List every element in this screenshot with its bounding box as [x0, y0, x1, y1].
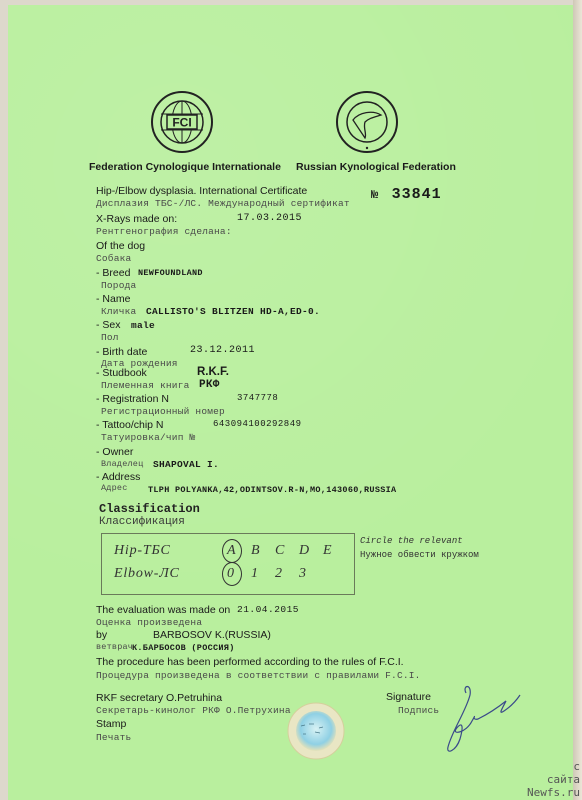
classification-title-en: Classification — [99, 502, 200, 516]
sex-label-en: - Sex — [96, 319, 121, 331]
sex-value: male — [131, 320, 155, 331]
stamp-label-ru: Печать — [96, 732, 131, 743]
sex-label-ru: Пол — [101, 332, 119, 343]
registration-value: 3747778 — [237, 393, 278, 403]
registration-label-ru: Регистрационный номер — [101, 406, 225, 417]
secretary-ru: Секретарь-кинолог РКФ О.Петрухина — [96, 705, 291, 716]
certificate-title-ru: Дисплазия ТБС-/ЛС. Международный сертифи… — [96, 198, 350, 209]
watermark-line-3: Newfs.ru — [527, 786, 580, 799]
by-label-en: by — [96, 629, 107, 641]
xrays-label-ru: Рентгенография сделана: — [96, 226, 232, 237]
address-label-ru: Адрес — [101, 483, 128, 493]
dog-label-ru: Собака — [96, 253, 131, 264]
owner-label-en: - Owner — [96, 446, 133, 458]
grade-C: C — [275, 543, 284, 559]
breed-value: NEWFOUNDLAND — [138, 268, 203, 278]
rkf-logo-icon — [335, 90, 399, 154]
watermark: с сайта Newfs.ru — [527, 760, 580, 799]
certificate-number: № 33841 — [371, 185, 442, 203]
vet-name-ru: К.БАРБОСОВ (РОССИЯ) — [132, 643, 235, 653]
paper-edge — [573, 0, 582, 800]
birth-date-label-en: - Birth date — [96, 346, 147, 358]
evaluation-label-ru: Оценка произведена — [96, 617, 202, 628]
number-sign: № — [371, 188, 379, 202]
secretary-en: RKF secretary O.Petruhina — [96, 692, 222, 704]
owner-value: SHAPOVAL I. — [153, 459, 219, 470]
breed-label-en: - Breed — [96, 267, 130, 279]
grade-E: E — [323, 543, 332, 559]
stamp-label-en: Stamp — [96, 718, 126, 730]
tattoo-value: 643094100292849 — [213, 419, 302, 429]
hip-label: Hip-ТБС — [114, 543, 171, 559]
tattoo-label-en: - Tattoo/chip N — [96, 419, 164, 431]
vet-name-en: BARBOSOV K.(RUSSIA) — [153, 629, 271, 641]
grade-0-selected: 0 — [227, 566, 234, 582]
name-label-en: - Name — [96, 293, 130, 305]
grade-3: 3 — [299, 566, 306, 582]
grade-B: B — [251, 543, 260, 559]
grade-D: D — [299, 543, 309, 559]
handwritten-signature-icon — [426, 681, 526, 761]
registration-label-en: - Registration N — [96, 393, 169, 405]
elbow-label: Elbow-ЛС — [114, 566, 180, 582]
grade-2: 2 — [275, 566, 282, 582]
owner-label-ru: Владелец — [101, 459, 143, 469]
evaluation-date: 21.04.2015 — [237, 604, 299, 615]
evaluation-label-en: The evaluation was made on — [96, 604, 230, 616]
birth-date-value: 23.12.2011 — [190, 345, 255, 356]
certificate-number-value: 33841 — [392, 186, 442, 203]
watermark-line-2: сайта — [527, 773, 580, 786]
dog-name-value: CALLISTO'S BLITZEN HD-A,ED-0. — [146, 306, 320, 317]
circle-hint-ru: Нужное обвести кружком — [360, 550, 479, 560]
xrays-date: 17.03.2015 — [237, 213, 302, 224]
address-label-en: - Address — [96, 471, 140, 483]
rkf-name: Russian Kynological Federation — [296, 161, 456, 173]
name-label-ru: Кличка — [101, 306, 136, 317]
certificate-page: FCI Federation Cynologique International… — [8, 5, 573, 800]
circle-hint-en: Circle the relevant — [360, 536, 463, 546]
grade-A-selected: A — [227, 543, 236, 559]
classification-box: Hip-ТБС Elbow-ЛС ABCDE 0123 — [101, 533, 355, 595]
classification-title-ru: Классификация — [99, 516, 185, 528]
xrays-label-en: X-Rays made on: — [96, 213, 177, 225]
svg-text:FCI: FCI — [172, 116, 191, 130]
tattoo-label-ru: Татуировка/чип № — [101, 432, 195, 443]
studbook-value-ru: РКФ — [199, 379, 220, 391]
certificate-title-en: Hip-/Elbow dysplasia. International Cert… — [96, 185, 307, 197]
procedure-ru: Процедура произведена в соответствии с п… — [96, 670, 421, 681]
grade-1: 1 — [251, 566, 258, 582]
address-value: TLPH POLYANKA,42,ODINTSOV.R-N,MO,143060,… — [148, 485, 396, 495]
signature-label-en: Signature — [386, 691, 431, 703]
watermark-line-1: с — [527, 760, 580, 773]
studbook-label-en: - Studbook — [96, 367, 147, 379]
rkf-stamp-icon — [287, 702, 345, 760]
procedure-en: The procedure has been performed accordi… — [96, 656, 404, 668]
dog-label-en: Of the dog — [96, 240, 145, 252]
studbook-value-en: R.K.F. — [197, 366, 229, 378]
fci-logo-icon: FCI — [150, 90, 214, 154]
studbook-label-ru: Племенная книга — [101, 380, 190, 391]
vet-label-ru: ветврач — [96, 642, 133, 652]
breed-label-ru: Порода — [101, 280, 136, 291]
fci-name: Federation Cynologique Internationale — [89, 161, 281, 173]
